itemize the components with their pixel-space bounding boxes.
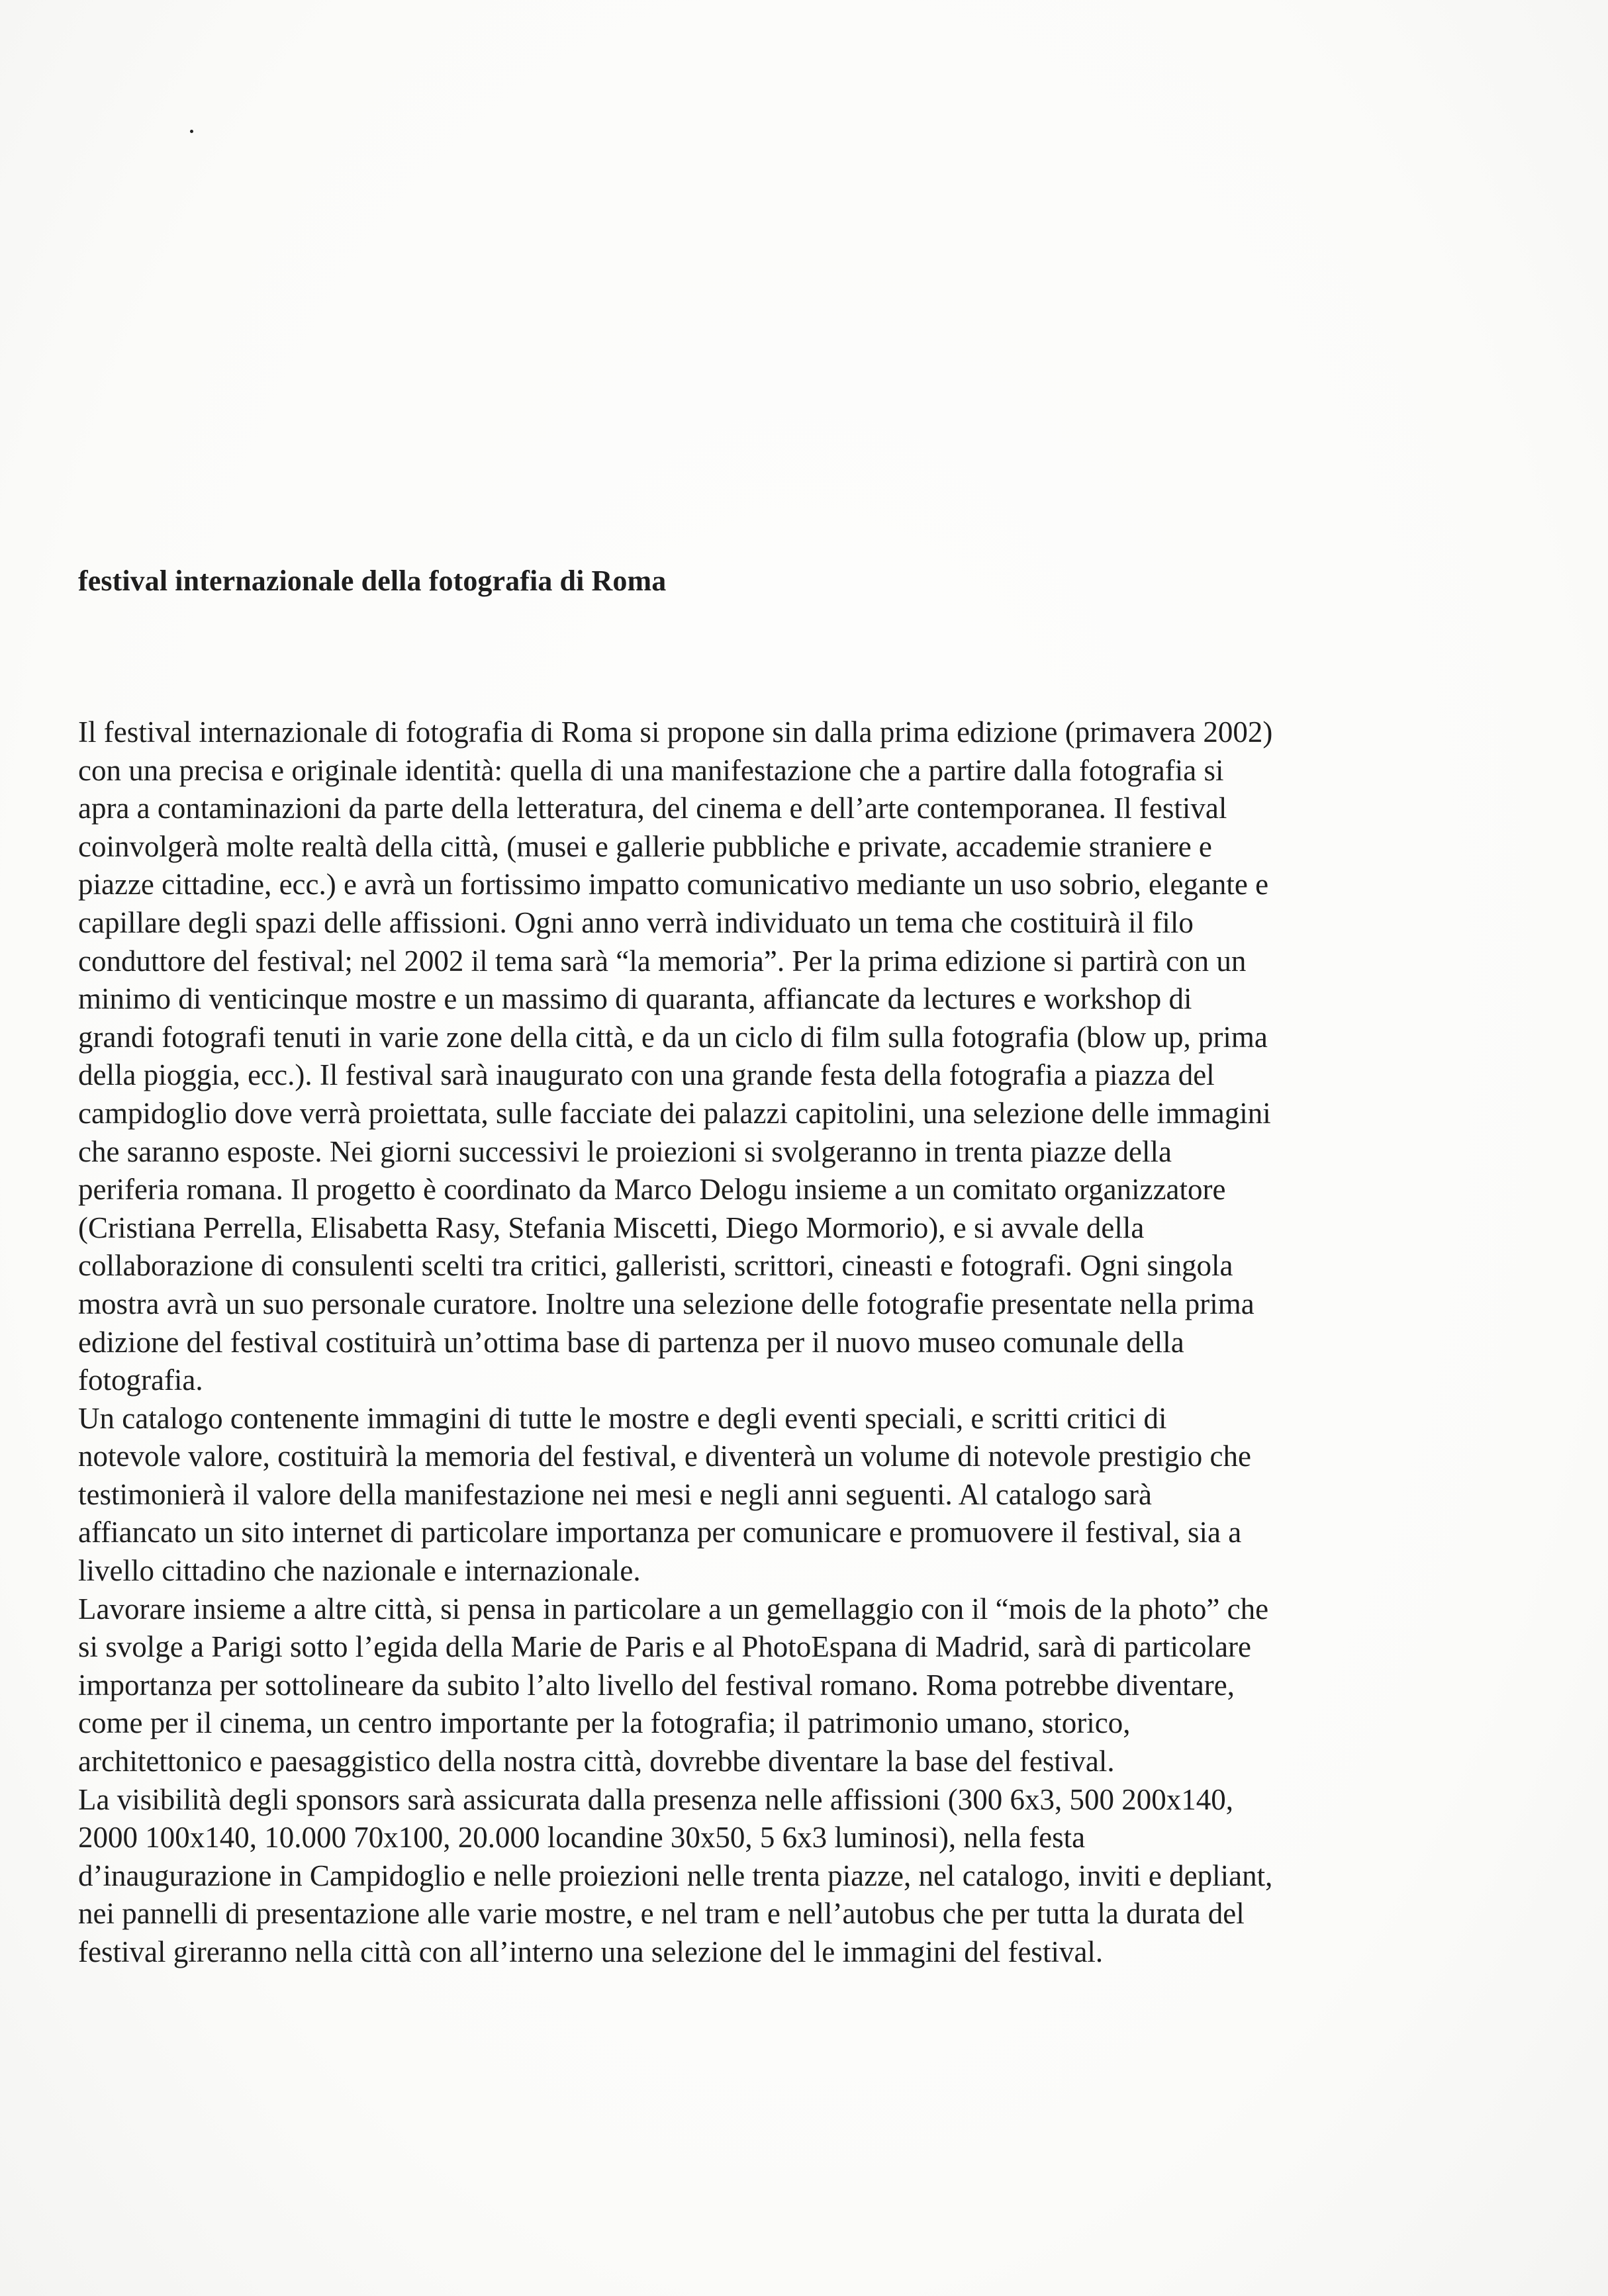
text-line: Lavorare insieme a altre città, si pensa…: [78, 1590, 1422, 1629]
text-line: periferia romana. Il progetto è coordina…: [78, 1171, 1422, 1209]
text-line: notevole valore, costituirà la memoria d…: [78, 1438, 1422, 1476]
text-line: La visibilità degli sponsors sarà assicu…: [78, 1781, 1422, 1819]
text-line: della pioggia, ecc.). Il festival sarà i…: [78, 1056, 1422, 1095]
text-line: collaborazione di consulenti scelti tra …: [78, 1247, 1422, 1285]
text-line: d’inaugurazione in Campidoglio e nelle p…: [78, 1857, 1422, 1896]
text-line: festival gireranno nella città con all’i…: [78, 1933, 1422, 1972]
text-line: Il festival internazionale di fotografia…: [78, 713, 1422, 752]
text-line: coinvolgerà molte realtà della città, (m…: [78, 828, 1422, 866]
text-line: campidoglio dove verrà proiettata, sulle…: [78, 1095, 1422, 1133]
text-line: si svolge a Parigi sotto l’egida della M…: [78, 1628, 1422, 1667]
body-text: Il festival internazionale di fotografia…: [78, 713, 1422, 1972]
text-line: capillare degli spazi delle affissioni. …: [78, 904, 1422, 942]
text-line: affiancato un sito internet di particola…: [78, 1514, 1422, 1552]
text-line: nei pannelli di presentazione alle varie…: [78, 1895, 1422, 1933]
text-line: conduttore del festival; nel 2002 il tem…: [78, 942, 1422, 981]
text-line: livello cittadino che nazionale e intern…: [78, 1552, 1422, 1590]
text-line: come per il cinema, un centro importante…: [78, 1704, 1422, 1743]
text-line: mostra avrà un suo personale curatore. I…: [78, 1285, 1422, 1324]
text-line: piazze cittadine, ecc.) e avrà un fortis…: [78, 866, 1422, 904]
scanned-page: festival internazionale della fotografia…: [0, 0, 1608, 2296]
text-line: edizione del festival costituirà un’otti…: [78, 1324, 1422, 1362]
text-line: (Cristiana Perrella, Elisabetta Rasy, St…: [78, 1209, 1422, 1248]
text-line: minimo di venticinque mostre e un massim…: [78, 980, 1422, 1019]
text-line: 2000 100x140, 10.000 70x100, 20.000 loca…: [78, 1819, 1422, 1857]
text-line: fotografia.: [78, 1361, 1422, 1400]
document-title: festival internazionale della fotografia…: [78, 564, 666, 598]
text-line: che saranno esposte. Nei giorni successi…: [78, 1133, 1422, 1171]
text-line: Un catalogo contenente immagini di tutte…: [78, 1400, 1422, 1438]
text-line: architettonico e paesaggistico della nos…: [78, 1743, 1422, 1781]
text-line: testimonierà il valore della manifestazi…: [78, 1476, 1422, 1514]
text-line: grandi fotografi tenuti in varie zone de…: [78, 1019, 1422, 1057]
ink-speck: [190, 130, 193, 133]
text-line: con una precisa e originale identità: qu…: [78, 752, 1422, 790]
text-line: apra a contaminazioni da parte della let…: [78, 790, 1422, 828]
text-line: importanza per sottolineare da subito l’…: [78, 1667, 1422, 1705]
